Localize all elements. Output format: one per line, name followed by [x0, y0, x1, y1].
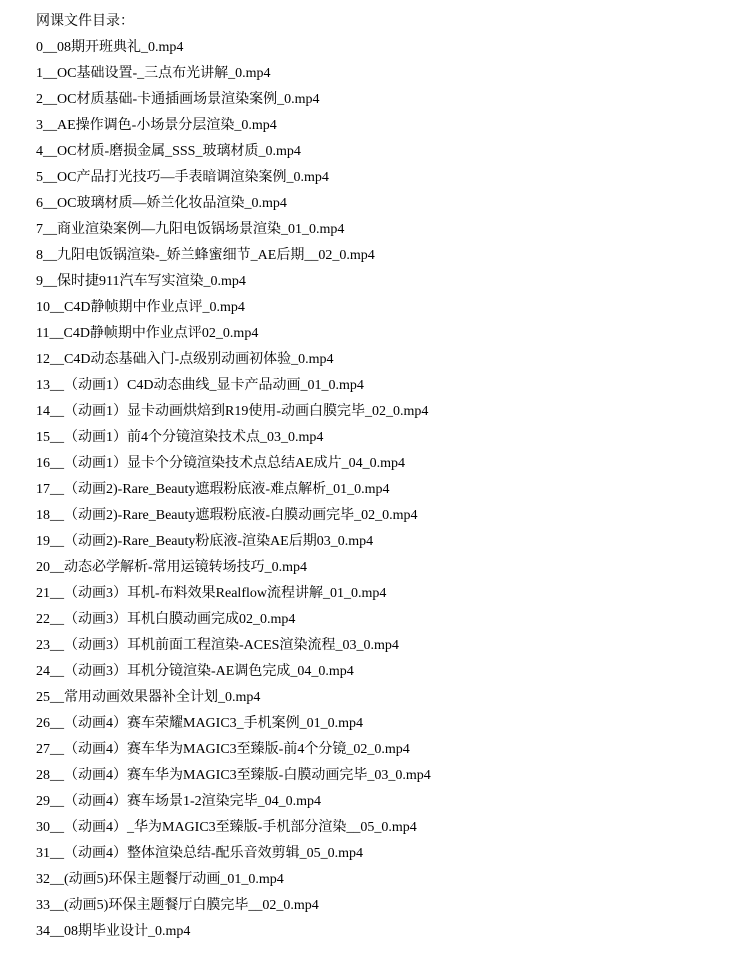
- file-list-item: 0__08期开班典礼_0.mp4: [36, 35, 431, 61]
- file-directory: 网课文件目录： 0__08期开班典礼_0.mp41__OC基础设置-_三点布光讲…: [36, 9, 431, 945]
- file-list-item: 1__OC基础设置-_三点布光讲解_0.mp4: [36, 61, 431, 87]
- file-list-item: 5__OC产品打光技巧—手表暗调渲染案例_0.mp4: [36, 165, 431, 191]
- file-list-item: 13__（动画1）C4D动态曲线_显卡产品动画_01_0.mp4: [36, 373, 431, 399]
- file-list-item: 19__（动画2)-Rare_Beauty粉底液-渲染AE后期03_0.mp4: [36, 529, 431, 555]
- file-list-item: 4__OC材质-磨损金属_SSS_玻璃材质_0.mp4: [36, 139, 431, 165]
- file-list-item: 14__（动画1）显卡动画烘焙到R19使用-动画白膜完毕_02_0.mp4: [36, 399, 431, 425]
- file-list-item: 33__(动画5)环保主题餐厅白膜完毕__02_0.mp4: [36, 893, 431, 919]
- file-list-item: 26__（动画4）赛车荣耀MAGIC3_手机案例_01_0.mp4: [36, 711, 431, 737]
- file-list-item: 28__（动画4）赛车华为MAGIC3至臻版-白膜动画完毕_03_0.mp4: [36, 763, 431, 789]
- file-list-item: 25__常用动画效果器补全计划_0.mp4: [36, 685, 431, 711]
- file-list-item: 24__（动画3）耳机分镜渲染-AE调色完成_04_0.mp4: [36, 659, 431, 685]
- file-list-item: 10__C4D静帧期中作业点评_0.mp4: [36, 295, 431, 321]
- file-list-item: 22__（动画3）耳机白膜动画完成02_0.mp4: [36, 607, 431, 633]
- file-list-item: 15__（动画1）前4个分镜渲染技术点_03_0.mp4: [36, 425, 431, 451]
- file-list-item: 9__保时捷911汽车写实渲染_0.mp4: [36, 269, 431, 295]
- file-list-item: 21__（动画3）耳机-布料效果Realflow流程讲解_01_0.mp4: [36, 581, 431, 607]
- file-list-item: 8__九阳电饭锅渲染-_娇兰蜂蜜细节_AE后期__02_0.mp4: [36, 243, 431, 269]
- file-list-item: 2__OC材质基础-卡通插画场景渲染案例_0.mp4: [36, 87, 431, 113]
- file-list-item: 31__（动画4）整体渲染总结-配乐音效剪辑_05_0.mp4: [36, 841, 431, 867]
- file-list-item: 30__（动画4）_华为MAGIC3至臻版-手机部分渲染__05_0.mp4: [36, 815, 431, 841]
- file-list-item: 32__(动画5)环保主题餐厅动画_01_0.mp4: [36, 867, 431, 893]
- file-list-item: 23__（动画3）耳机前面工程渲染-ACES渲染流程_03_0.mp4: [36, 633, 431, 659]
- file-list-item: 29__（动画4）赛车场景1-2渲染完毕_04_0.mp4: [36, 789, 431, 815]
- file-list-item: 17__（动画2)-Rare_Beauty遮瑕粉底液-难点解析_01_0.mp4: [36, 477, 431, 503]
- file-list-item: 11__C4D静帧期中作业点评02_0.mp4: [36, 321, 431, 347]
- file-list-item: 16__（动画1）显卡个分镜渲染技术点总结AE成片_04_0.mp4: [36, 451, 431, 477]
- file-list-item: 18__（动画2)-Rare_Beauty遮瑕粉底液-白膜动画完毕_02_0.m…: [36, 503, 431, 529]
- file-list-item: 7__商业渲染案例—九阳电饭锅场景渲染_01_0.mp4: [36, 217, 431, 243]
- file-list-item: 34__08期毕业设计_0.mp4: [36, 919, 431, 945]
- file-list: 0__08期开班典礼_0.mp41__OC基础设置-_三点布光讲解_0.mp42…: [36, 35, 431, 945]
- file-list-item: 27__（动画4）赛车华为MAGIC3至臻版-前4个分镜_02_0.mp4: [36, 737, 431, 763]
- file-list-item: 3__AE操作调色-小场景分层渲染_0.mp4: [36, 113, 431, 139]
- directory-title: 网课文件目录：: [36, 9, 431, 35]
- file-list-item: 12__C4D动态基础入门-点级别动画初体验_0.mp4: [36, 347, 431, 373]
- file-list-item: 6__OC玻璃材质—娇兰化妆品渲染_0.mp4: [36, 191, 431, 217]
- file-list-item: 20__动态必学解析-常用运镜转场技巧_0.mp4: [36, 555, 431, 581]
